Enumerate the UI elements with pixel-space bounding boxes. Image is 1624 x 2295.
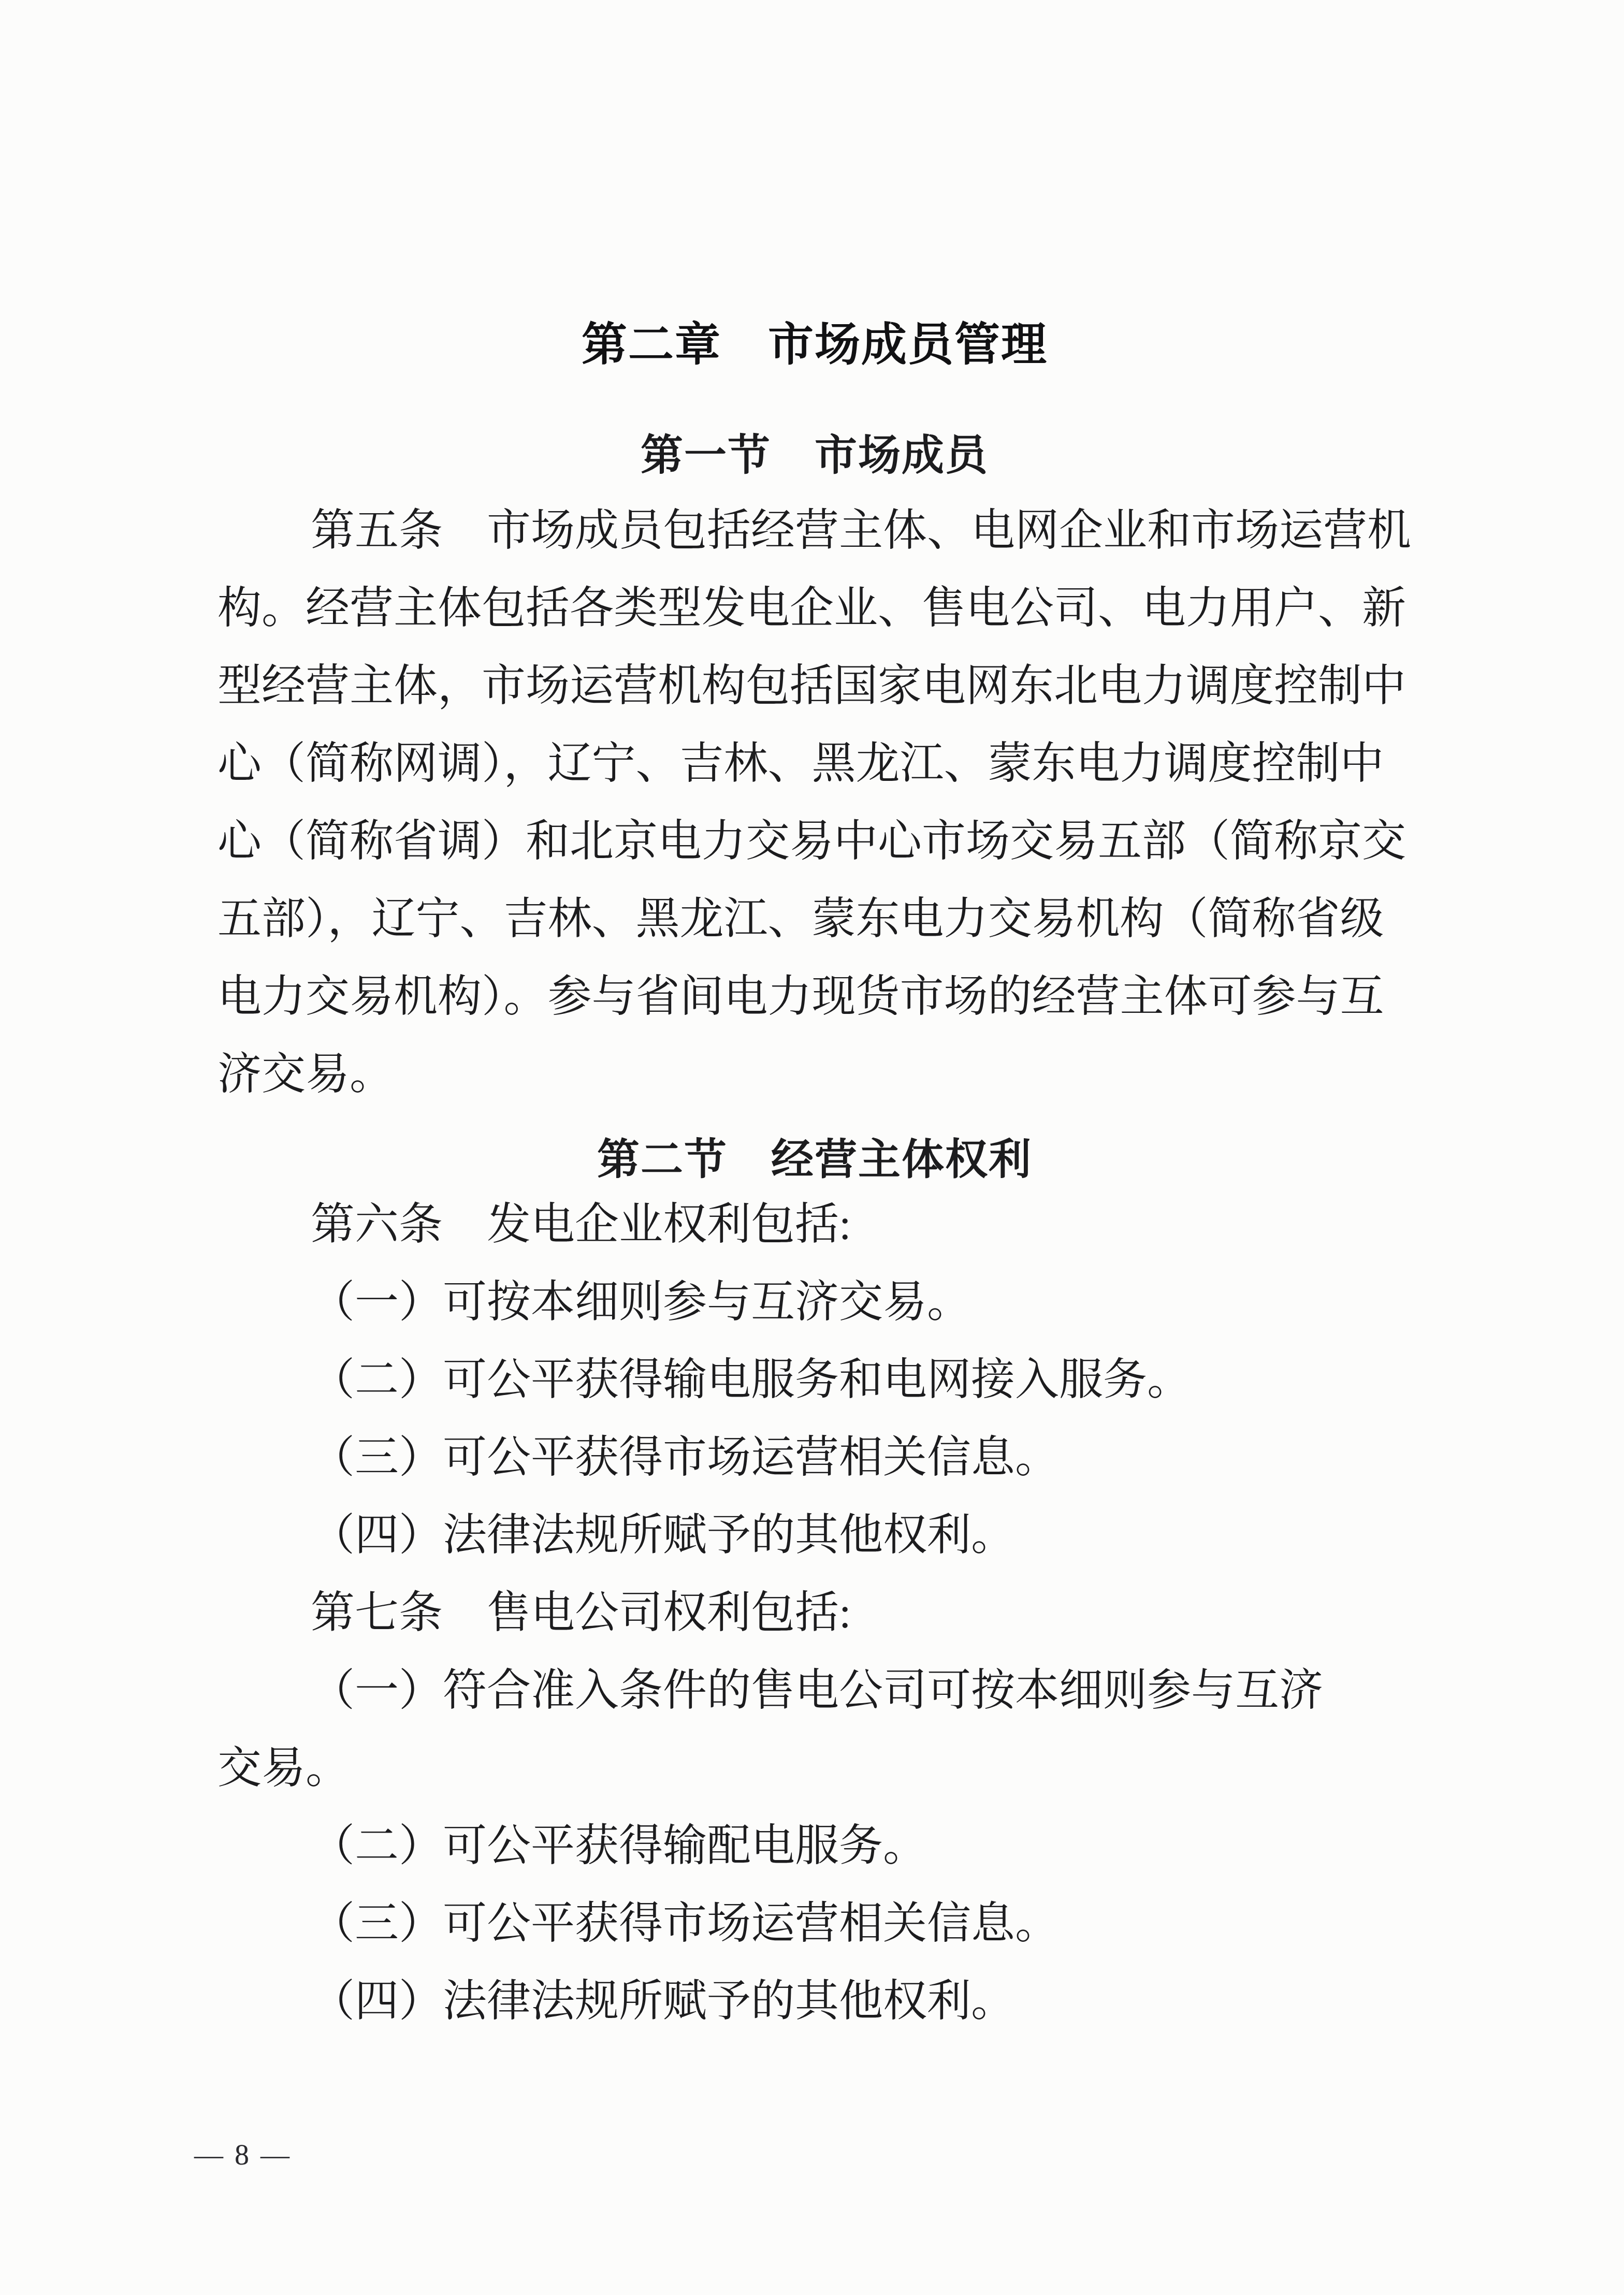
article-6-item-4: （四）法律法规所赋予的其他权利。 [218,1497,1412,1574]
article-6-item-3: （三）可公平获得市场运营相关信息。 [218,1419,1412,1497]
section-1-heading: 第一节 市场成员 [218,430,1412,482]
article-7-heading: 第七条 售电公司权利包括: [218,1574,1412,1652]
article-7-item-4: （四）法律法规所赋予的其他权利。 [218,1963,1412,2040]
article-6-item-1: （一）可按本细则参与互济交易。 [218,1263,1412,1341]
page-number: — 8 — [194,2134,292,2176]
article-6-item-2: （二）可公平获得输电服务和电网接入服务。 [218,1341,1412,1419]
article-5-paragraph: 第五条 市场成员包括经营主体、电网企业和市场运营机构。经营主体包括各类型发电企业… [218,492,1412,1113]
section-2-heading: 第二节 经营主体权利 [218,1134,1412,1186]
article-7-item-2: （二）可公平获得输配电服务。 [218,1807,1412,1885]
scanned-document-page: 第二章 市场成员管理 第一节 市场成员 第五条 市场成员包括经营主体、电网企业和… [0,0,1624,2295]
article-6-heading: 第六条 发电企业权利包括: [218,1186,1412,1263]
article-7-item-3: （三）可公平获得市场运营相关信息。 [218,1885,1412,1963]
chapter-title: 第二章 市场成员管理 [218,311,1412,378]
article-7-item-1: （一）符合准入条件的售电公司可按本细则参与互济交易。 [218,1652,1412,1807]
